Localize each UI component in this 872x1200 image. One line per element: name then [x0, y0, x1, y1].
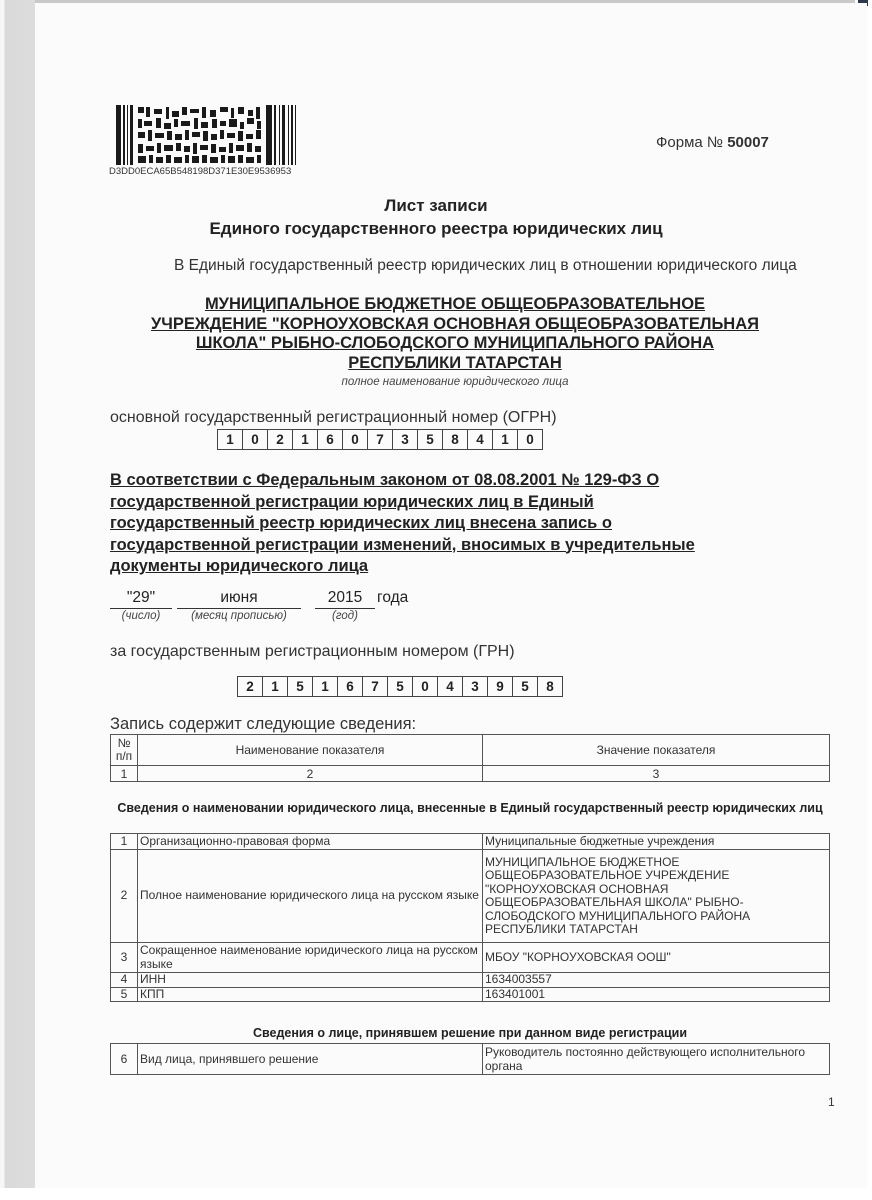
ogrn-label: основной государственный регистрационный… — [110, 409, 557, 427]
ogrn-digit: 1 — [218, 429, 243, 450]
row-indicator-name: Полное наименование юридического лица на… — [138, 850, 483, 943]
ogrn-digit: 0 — [343, 429, 368, 450]
law-statement-line: документы юридического лица — [110, 556, 770, 578]
row-number: 3 — [111, 943, 138, 973]
document-subtitle: Единого государственного реестра юридиче… — [0, 219, 872, 239]
ogrn-digit: 6 — [318, 429, 343, 450]
law-statement-line: государственной регистрации юридических … — [110, 492, 770, 514]
grn-digit: 8 — [538, 676, 563, 697]
scan-edge-left — [0, 0, 35, 1188]
grn-digit: 9 — [488, 676, 513, 697]
form-number: Форма № 50007 — [656, 134, 769, 151]
row-number: 5 — [111, 987, 138, 1002]
law-statement-line: государственный реестр юридических лиц в… — [110, 513, 770, 535]
table-row: 3 Сокращенное наименование юридического … — [111, 943, 830, 973]
ogrn-digit: 3 — [393, 429, 418, 450]
row-indicator-name: ИНН — [138, 973, 483, 988]
grn-digit: 5 — [288, 676, 313, 697]
date-year: 2015 — [315, 589, 375, 609]
table-row: 1 Организационно-правовая форма Муниципа… — [111, 834, 830, 850]
header-col-index: 3 — [483, 766, 830, 782]
table-row: 2 Полное наименование юридического лица … — [111, 850, 830, 943]
header-col-index: 2 — [138, 766, 483, 782]
row-number: 1 — [111, 834, 138, 850]
header-col-number: № п/п — [111, 735, 138, 766]
grn-digit: 7 — [363, 676, 388, 697]
record-contents-label: Запись содержит следующие сведения: — [110, 715, 416, 734]
barcode-id-text: D3DD0ECA65B548198D371E30E9536953 — [109, 166, 291, 177]
row-indicator-name: Вид лица, принявшего решение — [138, 1044, 483, 1075]
grn-digit: 5 — [513, 676, 538, 697]
intro-text: В Единый государственный реестр юридичес… — [110, 254, 870, 277]
ogrn-digit: 1 — [493, 429, 518, 450]
grn-digit: 1 — [313, 676, 338, 697]
decision-maker-table: 6 Вид лица, принявшего решение Руководит… — [110, 1043, 830, 1075]
entity-full-name: МУНИЦИПАЛЬНОЕ БЮДЖЕТНОЕ ОБЩЕОБРАЗОВАТЕЛЬ… — [110, 295, 800, 373]
row-indicator-name: Организационно-правовая форма — [138, 834, 483, 850]
date-day-caption: (число) — [110, 610, 172, 622]
section-title-name-info: Сведения о наименовании юридического лиц… — [110, 800, 830, 816]
row-number: 6 — [111, 1044, 138, 1075]
ogrn-digit: 2 — [268, 429, 293, 450]
date-suffix: года — [377, 589, 408, 607]
ogrn-digit: 0 — [243, 429, 268, 450]
grn-digit: 4 — [438, 676, 463, 697]
grn-digit: 6 — [338, 676, 363, 697]
table-row: 5 КПП 163401001 — [111, 987, 830, 1002]
row-indicator-value: Муниципальные бюджетные учреждения — [483, 834, 830, 850]
entity-name-line: МУНИЦИПАЛЬНОЕ БЮДЖЕТНОЕ ОБЩЕОБРАЗОВАТЕЛЬ… — [110, 295, 800, 315]
row-indicator-value: 1634003557 — [483, 973, 830, 988]
row-indicator-name: Сокращенное наименование юридического ли… — [138, 943, 483, 973]
ogrn-digit: 8 — [443, 429, 468, 450]
ogrn-digit: 7 — [368, 429, 393, 450]
ogrn-digit: 4 — [468, 429, 493, 450]
header-col-index: 1 — [111, 766, 138, 782]
row-indicator-value: 163401001 — [483, 987, 830, 1002]
grn-digit: 5 — [388, 676, 413, 697]
name-info-table: 1 Организационно-правовая форма Муниципа… — [110, 833, 830, 1002]
ogrn-digit: 0 — [518, 429, 543, 450]
header-col-name: Наименование показателя — [138, 735, 483, 766]
page-number: 1 — [828, 1095, 835, 1109]
header-col-value: Значение показателя — [483, 735, 830, 766]
form-number-label: Форма № — [656, 134, 723, 151]
grn-digit: 1 — [263, 676, 288, 697]
row-indicator-value: Руководитель постоянно действующего испо… — [483, 1044, 830, 1075]
grn-label: за государственным регистрационным номер… — [110, 643, 515, 661]
grn-digit-boxes: 2 1 5 1 6 7 5 0 4 3 9 5 8 — [237, 676, 563, 697]
pdf417-barcode-icon — [116, 105, 298, 165]
row-indicator-name: КПП — [138, 987, 483, 1002]
ogrn-digit: 5 — [418, 429, 443, 450]
row-number: 4 — [111, 973, 138, 988]
header-table: № п/п Наименование показателя Значение п… — [110, 734, 830, 782]
row-number: 2 — [111, 850, 138, 943]
law-statement-line: государственной регистрации изменений, в… — [110, 535, 770, 557]
form-number-value: 50007 — [727, 134, 769, 151]
grn-digit: 3 — [463, 676, 488, 697]
ogrn-digit: 1 — [293, 429, 318, 450]
date-month-caption: (месяц прописью) — [177, 610, 301, 622]
table-row: 4 ИНН 1634003557 — [111, 973, 830, 988]
entity-name-line: РЕСПУБЛИКИ ТАТАРСТАН — [110, 354, 800, 374]
date-day: "29" — [110, 589, 172, 609]
document-title: Лист записи — [0, 196, 872, 216]
table-row: 6 Вид лица, принявшего решение Руководит… — [111, 1044, 830, 1075]
grn-digit: 2 — [238, 676, 263, 697]
ogrn-digit-boxes: 1 0 2 1 6 0 7 3 5 8 4 1 0 — [217, 429, 543, 450]
entity-name-line: УЧРЕЖДЕНИЕ "КОРНОУХОВСКАЯ ОСНОВНАЯ ОБЩЕО… — [110, 315, 800, 335]
law-statement-line: В соответствии с Федеральным законом от … — [110, 470, 770, 492]
date-year-caption: (год) — [315, 610, 375, 622]
entity-name-caption: полное наименование юридического лица — [110, 376, 800, 388]
row-indicator-value: МБОУ "КОРНОУХОВСКАЯ ООШ" — [483, 943, 830, 973]
row-indicator-value: МУНИЦИПАЛЬНОЕ БЮДЖЕТНОЕ ОБЩЕОБРАЗОВАТЕЛЬ… — [483, 850, 830, 943]
entity-name-line: ШКОЛА" РЫБНО-СЛОБОДСКОГО МУНИЦИПАЛЬНОГО … — [110, 334, 800, 354]
grn-digit: 0 — [413, 676, 438, 697]
date-month: июня — [177, 589, 301, 609]
section-title-decision-maker: Сведения о лице, принявшем решение при д… — [110, 1026, 830, 1040]
law-statement: В соответствии с Федеральным законом от … — [110, 470, 770, 578]
